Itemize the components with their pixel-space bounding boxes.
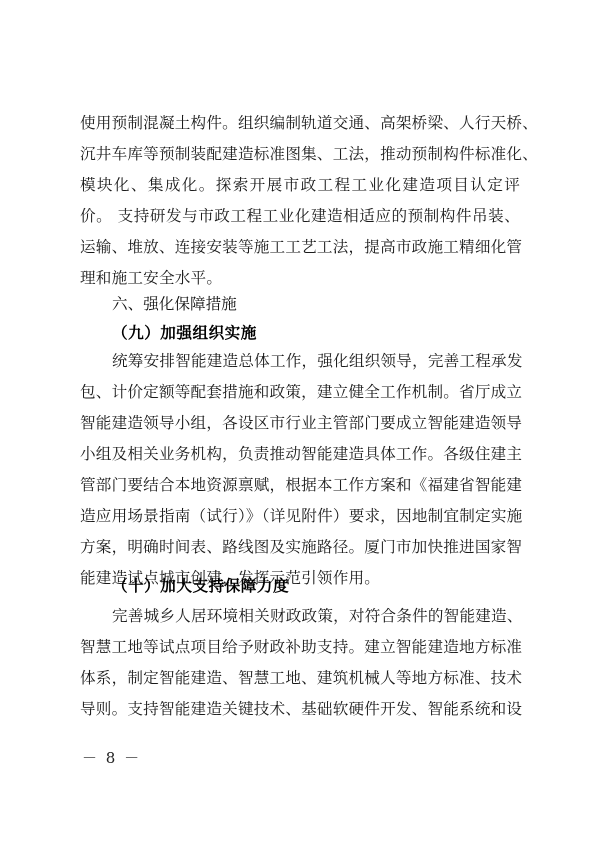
paragraph-line: 沉井车库等预制装配建造标准图集、工法，推动预制构件标准化、 <box>80 144 520 164</box>
paragraph-line: 运输、堆放、连接安装等施工工艺工法，提高市政施工精细化管 <box>80 237 520 257</box>
paragraph-line: 导则。支持智能建造关键技术、基础软硬件开发、智能系统和设 <box>80 699 520 719</box>
paragraph-line: 智慧工地等试点项目给予财政补助支持。建立智能建造地方标准 <box>80 637 520 657</box>
paragraph-line: 小组及相关业务机构，负责推动智能建造具体工作。各级住建主 <box>80 444 520 464</box>
paragraph-line: 使用预制混凝土构件。组织编制轨道交通、高架桥梁、人行天桥、 <box>80 113 520 133</box>
subsection-heading-10: （十）加大支持保障力度 <box>112 576 289 596</box>
document-page: 使用预制混凝土构件。组织编制轨道交通、高架桥梁、人行天桥、 沉井车库等预制装配建… <box>0 0 596 841</box>
paragraph-line: 统筹安排智能建造总体工作，强化组织领导，完善工程承发 <box>112 351 520 371</box>
paragraph-line: 体系，制定智能建造、智慧工地、建筑机械人等地方标准、技术 <box>80 668 520 688</box>
paragraph-line: 方案，明确时间表、路线图及实施路径。厦门市加快推进国家智 <box>80 537 520 557</box>
paragraph-line: 价。 支持研发与市政工程工业化建造相适应的预制构件吊装、 <box>80 206 520 226</box>
paragraph-line: 完善城乡人居环境相关财政政策，对符合条件的智能建造、 <box>112 606 520 626</box>
paragraph-line: 理和施工安全水平。 <box>80 268 520 288</box>
paragraph-line: 智能建造领导小组，各设区市行业主管部门要成立智能建造领导 <box>80 413 520 433</box>
section-heading: 六、强化保障措施 <box>112 294 237 314</box>
paragraph-line: 管部门要结合本地资源禀赋，根据本工作方案和《福建省智能建 <box>80 475 520 495</box>
paragraph-line: 包、计价定额等配套措施和政策，建立健全工作机制。省厅成立 <box>80 382 520 402</box>
paragraph-line: 模块化、集成化。探索开展市政工程工业化建造项目认定评 <box>80 175 520 195</box>
paragraph-line: 造应用场景指南（试行）》（详见附件）要求，因地制宜制定实施 <box>80 506 520 526</box>
page-number: － 8 － <box>82 748 141 768</box>
subsection-heading-9: （九）加强组织实施 <box>112 323 257 343</box>
